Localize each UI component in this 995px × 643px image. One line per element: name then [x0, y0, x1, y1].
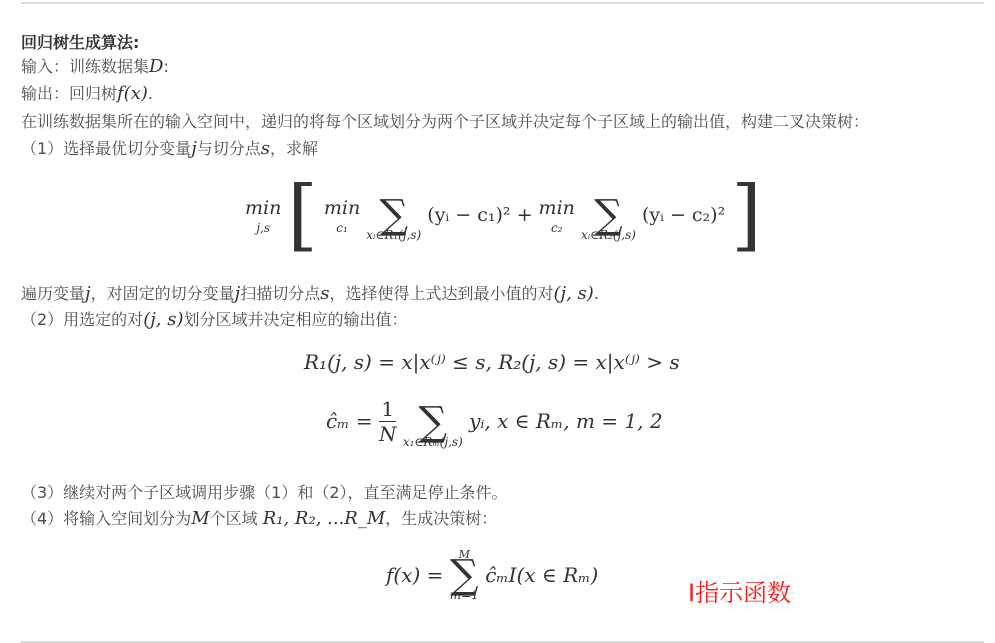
section-title: 回归树生成算法: — [21, 32, 139, 54]
step-1-suffix: ，求解 — [270, 139, 318, 158]
formula-regions: R₁(j, s) = x|x⁽ʲ⁾ ≤ s, R₂(j, s) = x|x⁽ʲ⁾… — [304, 350, 680, 374]
indicator-annotation: I指示函数 — [688, 573, 791, 608]
traverse-text-3: 扫描切分点 — [240, 284, 320, 303]
input-label: 输入：训练数据集 — [21, 57, 149, 76]
term-1: (yᵢ − c₁)² + — [427, 204, 532, 226]
step-2-suffix: 划分区域并决定相应的输出值： — [184, 310, 408, 329]
step-1-prefix: （1）选择最优切分变量 — [21, 139, 191, 158]
intro-paragraph: 在训练数据集所在的输入空间中，递归的将每个区域划分为两个子区域并决定每个子区域上… — [21, 111, 869, 133]
math-pair: (j, s) — [554, 283, 594, 304]
step-2-prefix: （2）用选定的对 — [21, 310, 143, 329]
step-1-mid: 与切分点 — [197, 139, 261, 158]
left-bracket: [ — [287, 170, 317, 260]
output-suffix: . — [148, 84, 153, 103]
math-D: D — [149, 56, 163, 77]
formula-objective: min j,s [ min c₁ ∑ xᵢ∈R₁(j,s) (yᵢ − c₁)²… — [245, 176, 762, 254]
math-M: M — [191, 508, 209, 529]
step-2: （2）用选定的对(j, s)划分区域并决定相应的输出值： — [21, 309, 408, 331]
traverse-text-1: 遍历变量 — [21, 284, 85, 303]
math-fx: f(x) — [117, 83, 148, 104]
input-suffix: : — [163, 57, 168, 76]
term-2: (yᵢ − c₂)² — [642, 204, 725, 226]
min-c2: min c₂ — [539, 195, 575, 235]
step-4: （4）将输入空间划分为M个区域 R₁, R₂, ...R_M，生成决策树： — [21, 508, 497, 530]
traverse-text-2: ，对固定的切分变量 — [91, 284, 235, 303]
min-c1: min c₁ — [324, 195, 360, 235]
sum-r2: ∑ xᵢ∈R₂(j,s) — [581, 202, 636, 242]
outer-min: min j,s — [245, 195, 281, 235]
traverse-text-4: ，选择使得上式达到最小值的对 — [329, 284, 553, 303]
step-4-mid: 个区域 — [210, 509, 263, 528]
sum-m: M ∑ m=1 — [450, 548, 479, 602]
right-bracket: ] — [731, 170, 761, 260]
input-line: 输入：训练数据集D: — [21, 56, 169, 78]
step-4-prefix: （4）将输入空间划分为 — [21, 509, 191, 528]
output-label: 输出：回归树 — [21, 84, 117, 103]
tree-lhs: f(x) = — [386, 563, 443, 587]
top-divider — [21, 2, 984, 4]
math-s: s — [261, 138, 270, 159]
traverse-paragraph: 遍历变量j，对固定的切分变量j扫描切分点s，选择使得上式达到最小值的对(j, s… — [21, 283, 599, 305]
output-line: 输出：回归树f(x). — [21, 83, 153, 105]
math-regions: R₁, R₂, ...R_M — [263, 508, 386, 529]
tree-rhs: ĉₘI(x ∈ Rₘ) — [485, 563, 598, 587]
step-1: （1）选择最优切分变量j与切分点s，求解 — [21, 138, 318, 160]
math-pair: (j, s) — [143, 309, 183, 330]
traverse-end: . — [594, 284, 599, 303]
sum-r1: ∑ xᵢ∈R₁(j,s) — [366, 202, 421, 242]
formula-tree: f(x) = M ∑ m=1 ĉₘI(x ∈ Rₘ) — [386, 548, 598, 602]
fraction: 1 N — [379, 397, 397, 446]
cm-rhs: yᵢ, x ∈ Rₘ, m = 1, 2 — [469, 409, 662, 433]
step-3: （3）继续对两个子区域调用步骤（1）和（2），直至满足停止条件。 — [21, 482, 508, 504]
formula-cm: ĉₘ = 1 N ∑ x₁∈Rₘ(j,s) yᵢ, x ∈ Rₘ, m = 1,… — [326, 393, 663, 449]
sum-rm: ∑ x₁∈Rₘ(j,s) — [403, 409, 463, 449]
step-4-suffix: ，生成决策树： — [385, 509, 497, 528]
cm-lhs: ĉₘ = — [326, 409, 373, 433]
